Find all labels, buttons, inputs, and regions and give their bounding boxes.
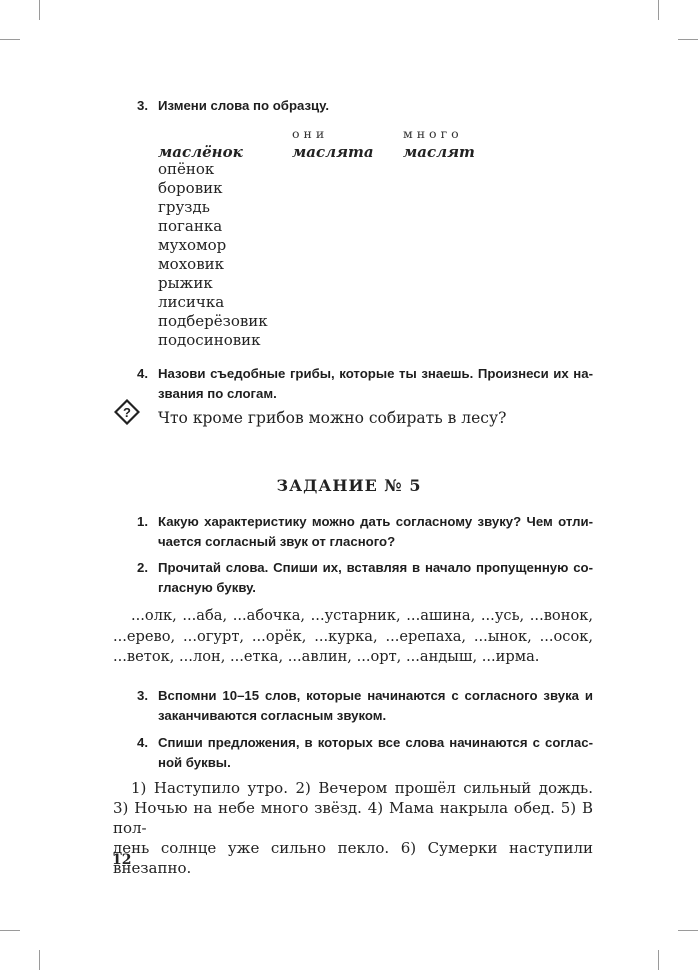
column-header-oni: они	[292, 126, 328, 141]
task-2: 2. Прочитай слова. Спиши их, вставляя в …	[137, 558, 593, 598]
task-3: 3. Вспомни 10–15 слов, которые начинаютс…	[137, 686, 593, 726]
missing-letter-words: ...олк, ...аба, ...абочка, ...устарник, …	[113, 606, 593, 668]
crop-mark	[678, 39, 698, 40]
task-number: 2.	[137, 558, 157, 578]
sentence-line: 1) Наступило утро. 2) Вечером прошёл сил…	[113, 778, 593, 798]
task-line: Вспомни 10–15 слов, которые начинаются с…	[158, 686, 593, 706]
list-item: моховик	[158, 255, 268, 274]
task-text: Какую характеристику можно дать согласно…	[158, 512, 593, 552]
sample-genitive: маслят	[403, 143, 475, 161]
crop-mark	[658, 950, 659, 970]
task-line: заканчиваются согласным звуком.	[158, 706, 593, 726]
list-item: груздь	[158, 198, 268, 217]
question-diamond-icon: ?	[114, 399, 140, 425]
words-line: ...олк, ...аба, ...абочка, ...устарник, …	[113, 606, 593, 627]
list-item: рыжик	[158, 274, 268, 293]
list-item: поганка	[158, 217, 268, 236]
task-line: Какую характеристику можно дать согласно…	[158, 512, 593, 532]
list-item: опёнок	[158, 160, 268, 179]
exercise-4-instruction: 4. Назови съедобные грибы, которые ты зн…	[137, 364, 593, 404]
exercise-3-instruction: 3. Измени слова по образцу.	[137, 96, 593, 116]
list-item: подберёзовик	[158, 312, 268, 331]
mushroom-word-list: опёнок боровик груздь поганка мухомор мо…	[158, 160, 268, 350]
crop-mark	[0, 39, 20, 40]
sample-singular: маслёнок	[158, 143, 243, 161]
question-text: Что кроме грибов можно собирать в лесу?	[158, 409, 506, 427]
crop-mark	[39, 0, 40, 20]
task-number: 4.	[137, 733, 157, 753]
exercise-number: 4.	[137, 364, 157, 384]
sentences-paragraph: 1) Наступило утро. 2) Вечером прошёл сил…	[113, 778, 593, 878]
task-1: 1. Какую характеристику можно дать согла…	[137, 512, 593, 552]
task-line: Прочитай слова. Спиши их, вставляя в нач…	[158, 558, 593, 578]
words-line: ...веток, ...лон, ...етка, ...авлин, ...…	[113, 647, 593, 668]
sample-plural: маслята	[292, 143, 374, 161]
task-text: Прочитай слова. Спиши их, вставляя в нач…	[158, 558, 593, 598]
task-line: ной буквы.	[158, 753, 593, 773]
page-number: 12	[112, 852, 131, 868]
words-line: ...ерево, ...огурт, ...орёк, ...курка, .…	[113, 627, 593, 648]
section-heading: ЗАДАНИЕ № 5	[0, 476, 698, 495]
crop-mark	[39, 950, 40, 970]
list-item: подосиновик	[158, 331, 268, 350]
exercise-number: 3.	[137, 96, 157, 116]
task-text: Вспомни 10–15 слов, которые начинаются с…	[158, 686, 593, 726]
instruction-text: Назови съедобные грибы, которые ты знаеш…	[158, 364, 593, 404]
task-line: чается согласный звук от гласного?	[158, 532, 593, 552]
svg-text:?: ?	[123, 405, 131, 420]
task-line: Спиши предложения, в которых все слова н…	[158, 733, 593, 753]
instruction-line: Назови съедобные грибы, которые ты знаеш…	[158, 364, 593, 384]
task-text: Спиши предложения, в которых все слова н…	[158, 733, 593, 773]
list-item: боровик	[158, 179, 268, 198]
task-number: 1.	[137, 512, 157, 532]
task-4: 4. Спиши предложения, в которых все слов…	[137, 733, 593, 773]
task-line: гласную букву.	[158, 578, 593, 598]
crop-mark	[0, 930, 20, 931]
instruction-line: звания по слогам.	[158, 384, 593, 404]
crop-mark	[678, 930, 698, 931]
sentence-line: 3) Ночью на небе много звёзд. 4) Мама на…	[113, 798, 593, 838]
column-header-mnogo: много	[403, 126, 463, 141]
sentence-line: день солнце уже сильно пекло. 6) Сумерки…	[113, 838, 593, 878]
task-number: 3.	[137, 686, 157, 706]
list-item: лисичка	[158, 293, 268, 312]
crop-mark	[658, 0, 659, 20]
instruction-text: Измени слова по образцу.	[158, 96, 593, 116]
list-item: мухомор	[158, 236, 268, 255]
